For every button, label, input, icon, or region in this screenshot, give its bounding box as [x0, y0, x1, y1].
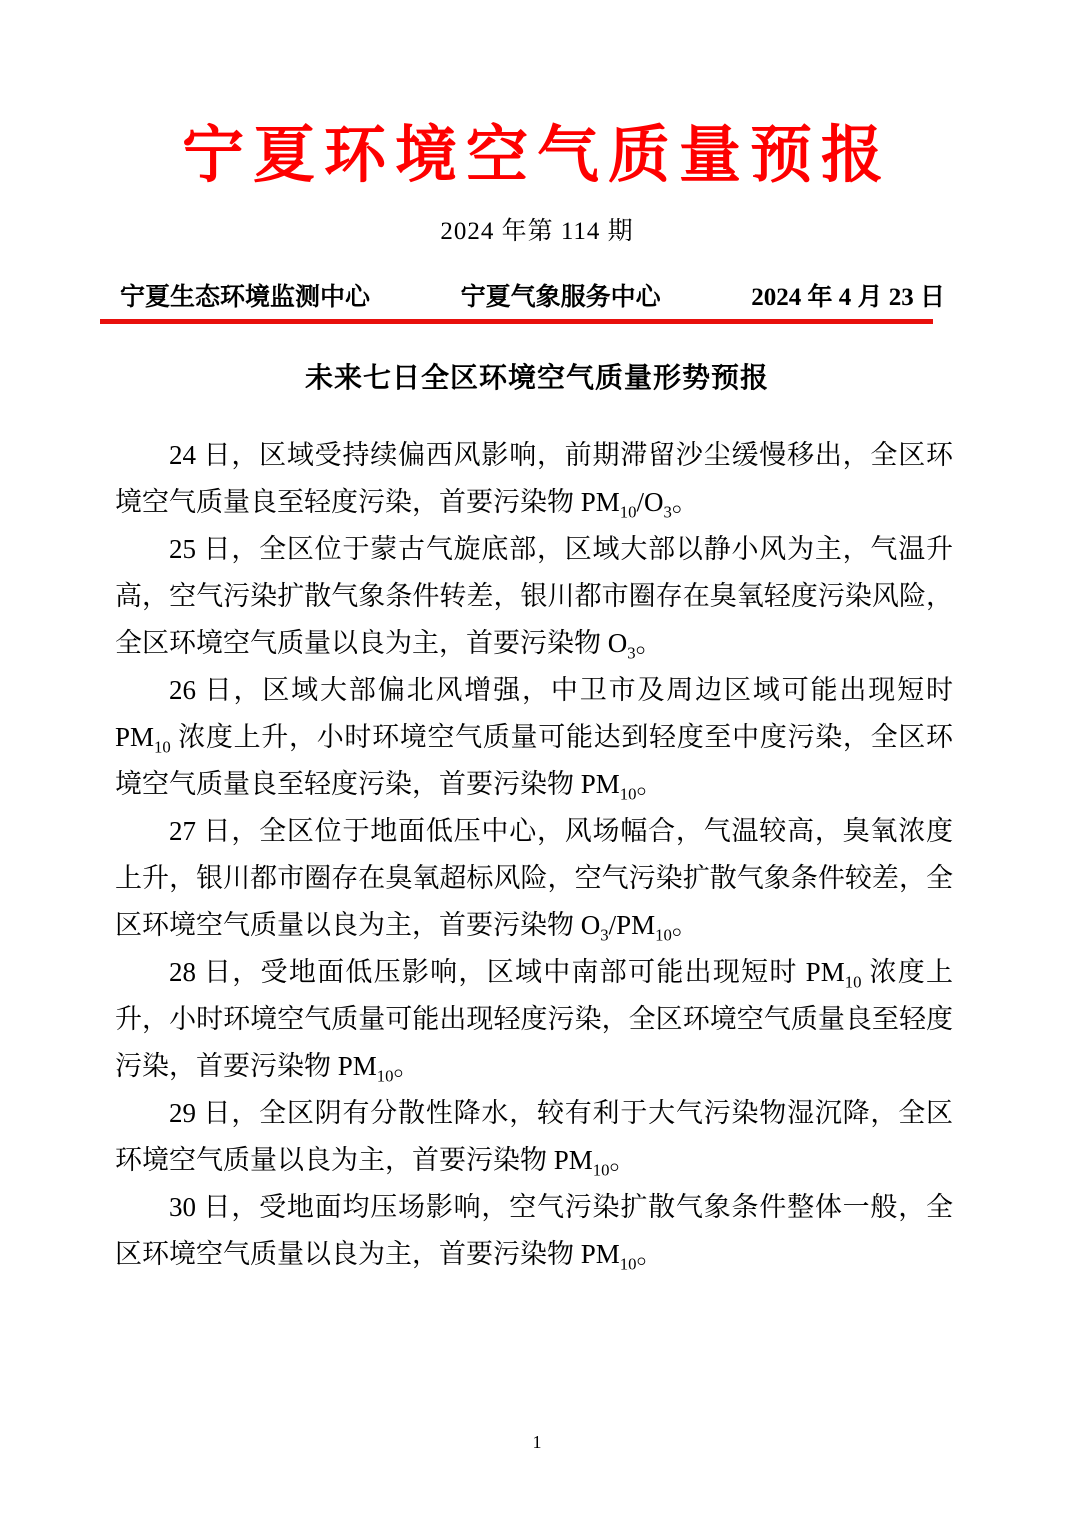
- org-monitoring-center: 宁夏生态环境监测中心: [120, 277, 370, 313]
- forecast-paragraph: 24 日，区域受持续偏西风影响，前期滞留沙尘缓慢移出，全区环境空气质量良至轻度污…: [115, 432, 953, 526]
- forecast-paragraph: 25 日，全区位于蒙古气旋底部，区域大部以静小风为主，气温升高，空气污染扩散气象…: [115, 526, 953, 667]
- page-number: 1: [0, 1432, 1074, 1453]
- red-divider-line: [100, 319, 933, 324]
- document-title: 宁夏环境空气质量预报: [0, 122, 1074, 191]
- org-weather-center: 宁夏气象服务中心: [461, 277, 661, 313]
- section-heading: 未来七日全区环境空气质量形势预报: [0, 356, 1074, 396]
- forecast-paragraph: 29 日，全区阴有分散性降水，较有利于大气污染物湿沉降，全区环境空气质量以良为主…: [115, 1090, 953, 1184]
- forecast-paragraphs: 24 日，区域受持续偏西风影响，前期滞留沙尘缓慢移出，全区环境空气质量良至轻度污…: [115, 432, 953, 1278]
- document-page: 宁夏环境空气质量预报 2024 年第 114 期 宁夏生态环境监测中心 宁夏气象…: [0, 0, 1074, 1520]
- issue-number: 2024 年第 114 期: [0, 211, 1074, 247]
- forecast-paragraph: 27 日，全区位于地面低压中心，风场幅合，气温较高，臭氧浓度上升，银川都市圈存在…: [115, 808, 953, 949]
- forecast-paragraph: 30 日，受地面均压场影响，空气污染扩散气象条件整体一般，全区环境空气质量以良为…: [115, 1184, 953, 1278]
- forecast-paragraph: 28 日，受地面低压影响，区域中南部可能出现短时 PM10 浓度上升，小时环境空…: [115, 949, 953, 1090]
- masthead-row: 宁夏生态环境监测中心 宁夏气象服务中心 2024 年 4 月 23 日: [100, 277, 945, 313]
- issue-date: 2024 年 4 月 23 日: [751, 277, 945, 313]
- forecast-paragraph: 26 日，区域大部偏北风增强，中卫市及周边区域可能出现短时 PM10 浓度上升，…: [115, 667, 953, 808]
